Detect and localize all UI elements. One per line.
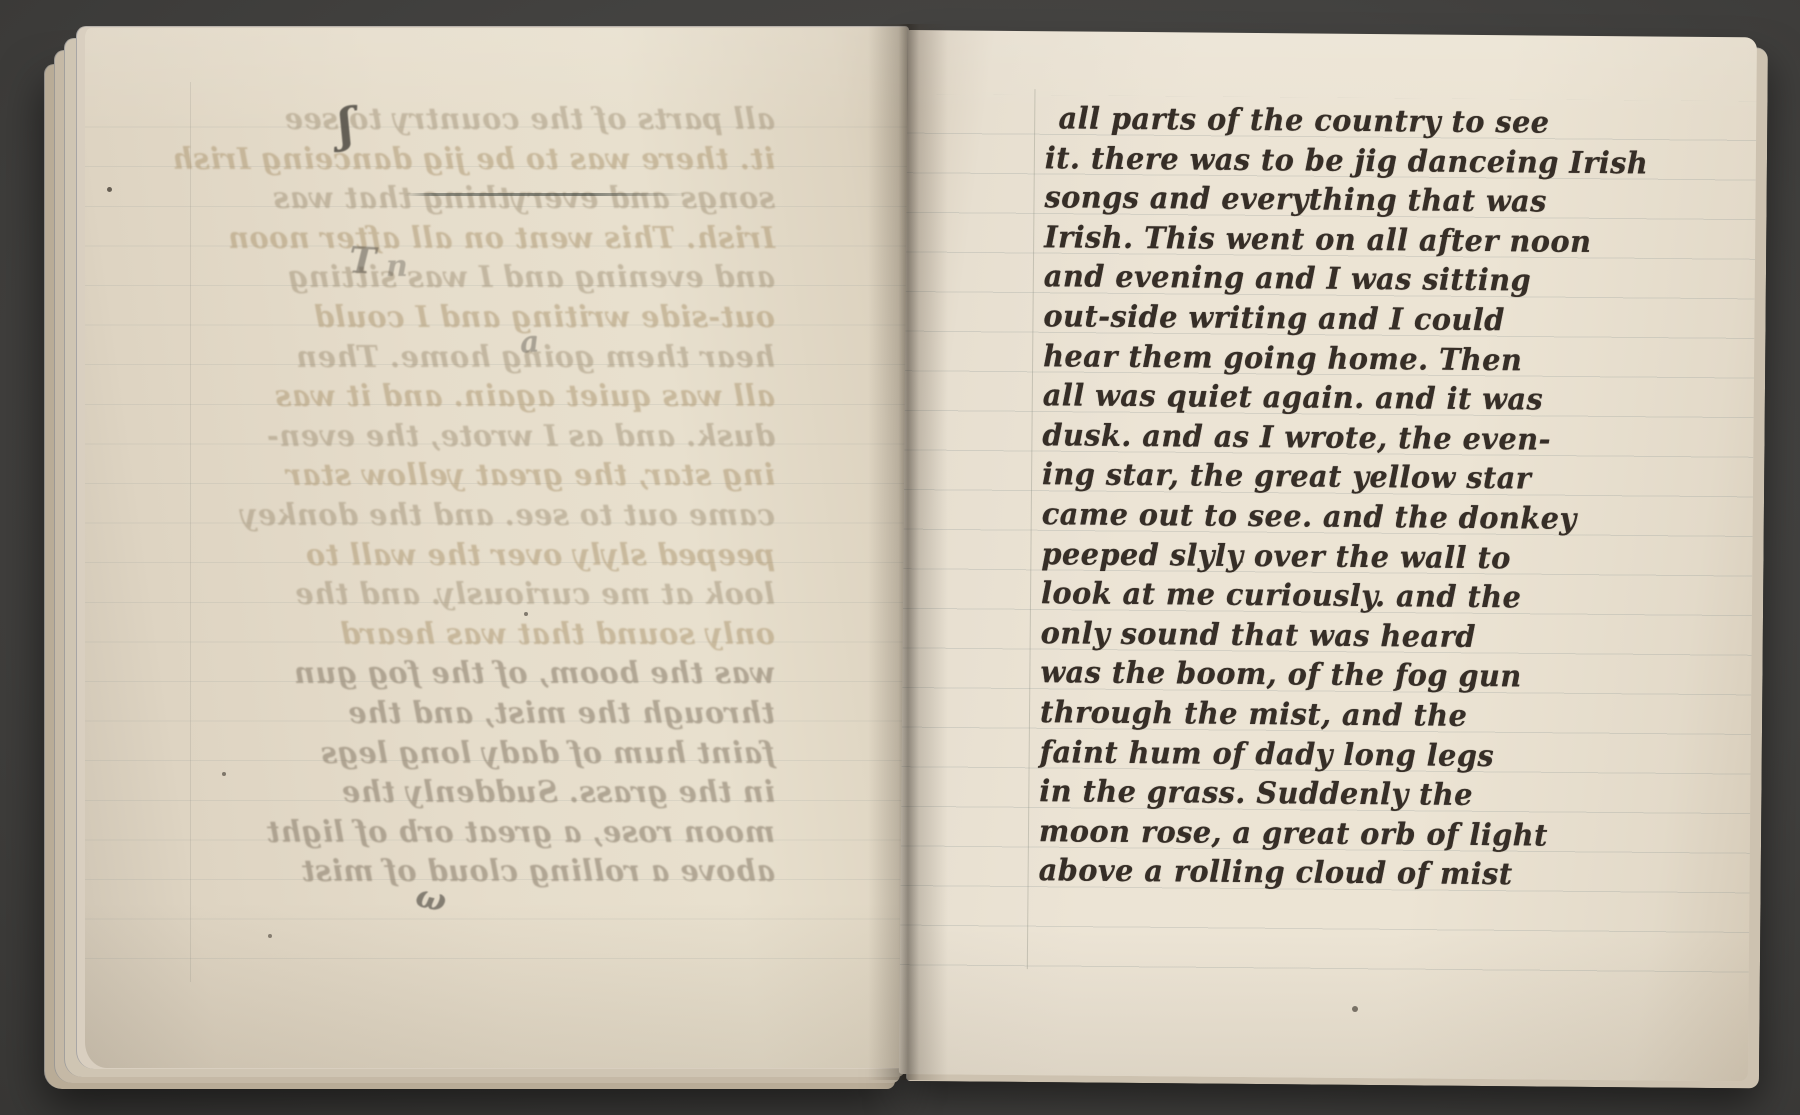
ghost-mirrored-text: all parts of the country to seeit. there…	[85, 100, 775, 892]
handwriting-line: look at me curiously. and the	[1041, 574, 1713, 619]
handwriting-line: Irish. This went on all after noon	[1044, 218, 1716, 263]
handwriting-line: only sound that was heard	[1041, 614, 1713, 659]
handwriting-line: out-side writing and I could	[1043, 297, 1715, 342]
handwriting-line: peeped slyly over the wall to	[1041, 535, 1713, 580]
handwriting-text: all parts of the country to seeit. there…	[1038, 99, 1747, 897]
ghost-line: came out to see. and the donkey	[103, 496, 775, 536]
handwriting-line: faint hum of dady long legs	[1040, 733, 1712, 778]
handwriting-line: moon rose, a great orb of light	[1039, 812, 1711, 857]
handwriting-line: it. there was to be jig danceing Irish	[1045, 139, 1717, 184]
ghost-line: moon rose, a great orb of light	[103, 813, 775, 853]
handwriting-line: was the boom, of the fog gun	[1040, 653, 1712, 698]
ghost-line: ing star, the great yellow star	[103, 456, 775, 496]
handwriting-line: hear them going home. Then	[1043, 337, 1715, 382]
ghost-line: in the grass. Suddenly the	[103, 773, 775, 813]
ghost-line: hear them going home. Then	[103, 338, 775, 378]
handwriting-line: songs and everything that was	[1044, 178, 1716, 223]
ghost-line: above a rolling cloud of mist	[103, 852, 775, 892]
margin-line	[1027, 89, 1036, 969]
ghost-line: out-side writing and I could	[103, 298, 775, 338]
handwriting-line: dusk. and as I wrote, the even-	[1042, 416, 1714, 461]
ruled-lines	[85, 88, 907, 968]
right-page: all parts of the country to seeit. there…	[899, 30, 1757, 1081]
margin-line	[190, 82, 191, 982]
ghost-line: all parts of the country to see	[103, 100, 775, 140]
handwriting-line: in the grass. Suddenly the	[1039, 772, 1711, 817]
ghost-line: dusk. and as I wrote, the even-	[103, 417, 775, 457]
ghost-line: songs and everything that was	[103, 179, 775, 219]
ghost-line: Irish. This went on all after noon	[103, 219, 775, 259]
notebook-photo: all parts of the country to seeit. there…	[0, 0, 1800, 1115]
ghost-line: look at me curiously. and the	[103, 575, 775, 615]
handwriting-line: all parts of the country to see	[1045, 99, 1717, 144]
handwriting-line: all was quiet again. and it was	[1043, 376, 1715, 421]
ghost-line: was the boom, of the fog gun	[103, 654, 775, 694]
ghost-line: only sound that was heard	[103, 615, 775, 655]
ghost-line: faint hum of dady long legs	[103, 734, 775, 774]
ghost-line: it. there was to be jig danceing Irish	[103, 140, 775, 180]
handwriting-line: ing star, the great yellow star	[1042, 456, 1714, 501]
ruled-lines	[900, 94, 1757, 981]
left-page: all parts of the country to seeit. there…	[85, 28, 907, 1068]
ghost-line: through the mist, and the	[103, 694, 775, 734]
handwriting-line: above a rolling cloud of mist	[1038, 851, 1710, 896]
ghost-line: all was quiet again. and it was	[103, 377, 775, 417]
handwriting-line: through the mist, and the	[1040, 693, 1712, 738]
handwriting-line: and evening and I was sitting	[1044, 258, 1716, 303]
ghost-line: and evening and I was sitting	[103, 258, 775, 298]
handwriting-line: came out to see. and the donkey	[1042, 495, 1714, 540]
ghost-line: peeped slyly over the wall to	[103, 536, 775, 576]
